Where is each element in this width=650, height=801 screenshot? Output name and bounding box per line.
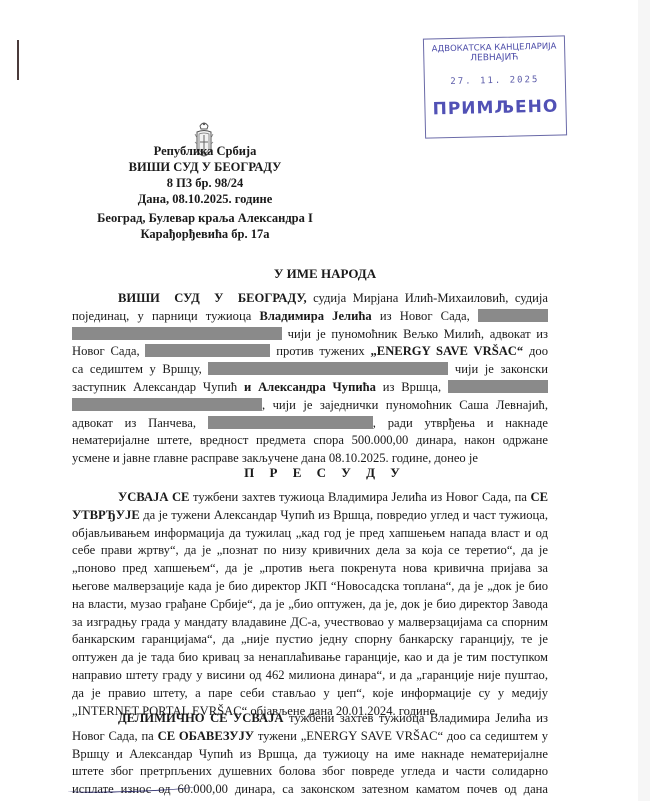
verdict-paragraph-1: УСВАЈА СЕ тужбени захтев тужиоца Владими…	[72, 489, 548, 720]
page-edge	[638, 0, 650, 801]
redacted-block	[478, 309, 548, 322]
defendant-company: „ENERGY SAVE VRŠAC“	[371, 344, 524, 358]
text: на власти, музао грађане Србије“, да је …	[72, 596, 548, 614]
text: заступник Александар Чупић	[72, 380, 237, 394]
redacted-block	[72, 398, 262, 411]
ruling-bold: СЕ	[531, 490, 549, 504]
text: да је правио штету, а паре себи стављао …	[72, 685, 548, 703]
text: оптужен да је тада био кривац за ненапла…	[72, 649, 548, 667]
document-date: Дана, 08.10.2025. године	[60, 191, 350, 207]
court-header: Република Србија ВИШИ СУД У БЕОГРАДУ 8 П…	[60, 143, 350, 242]
heading-in-the-name-of-people: У ИМЕ НАРОДА	[0, 266, 650, 282]
text: адвокат из Панчева,	[72, 416, 196, 430]
text: „поново пред хапшењем“, да је „против ње…	[72, 560, 548, 578]
heading-verdict: П Р Е С У Д У	[0, 465, 650, 481]
intro-paragraph: ВИШИ СУД У БЕОГРАДУ, судија Мирјана Илић…	[72, 290, 548, 468]
redacted-block	[208, 416, 373, 429]
text: појединац, у парници тужиоца	[72, 309, 251, 323]
court-address-line2: Карађорђевића бр. 17а	[60, 226, 350, 242]
text: банкарским гаранцијама“, да „није пустио…	[72, 631, 548, 649]
redacted-block	[208, 362, 448, 375]
republic-name: Република Србија	[60, 143, 350, 159]
judge-text: судија Мирјана Илић-Михаиловић, судија	[313, 291, 548, 305]
stamp-status: ПРИМЉЕНО	[425, 96, 565, 119]
court-name-bold: ВИШИ СУД У БЕОГРАДУ,	[118, 291, 307, 305]
text: Новог Сада, па	[72, 729, 154, 743]
text: чији је пуномоћник Вељко Милић, адвокат …	[288, 327, 548, 341]
text: његове малверзације када је био директор…	[72, 578, 548, 596]
text: са седиштем у Вршцу,	[72, 362, 202, 376]
stamp-date: 27. 11. 2025	[425, 74, 565, 87]
text: Новог Сада,	[72, 344, 140, 358]
redacted-block	[448, 380, 548, 393]
text: чији је законски	[455, 362, 548, 376]
defendant-name: и Александра Чупића	[244, 380, 376, 394]
court-name: ВИШИ СУД У БЕОГРАДУ	[60, 159, 350, 175]
text: доо	[529, 344, 548, 358]
margin-mark	[17, 40, 19, 80]
text: себе прави жртву“, да је „познат по низу…	[72, 542, 548, 560]
received-stamp: АДВОКАТСКА КАНЦЕЛАРИЈА ЛЕВНАЈИЋ 27. 11. …	[423, 35, 567, 138]
text: за изградњу града у мандату владавине ДС…	[72, 614, 548, 632]
text: објављивањем информација да тужилац „кад…	[72, 525, 548, 543]
ruling-bold: УТВРЂУЈЕ	[72, 508, 140, 522]
text: , ради утврђења и накнаде	[373, 416, 548, 430]
redacted-block	[72, 327, 282, 340]
text: из Новог Сада,	[380, 309, 470, 323]
court-address-line1: Београд, Булевар краља Александра I	[60, 210, 350, 226]
text: тужбени захтев тужиоца Владимира Јелића …	[193, 490, 527, 504]
case-number: 8 П3 бр. 98/24	[60, 175, 350, 191]
text: направио штету граду у висини од 462 мил…	[72, 667, 548, 685]
ruling-bold: ДЕЛИМИЧНО СЕ УСВАЈА	[118, 711, 284, 725]
text: Вршцу и Александар Чупић из Вршца, да ту…	[72, 746, 548, 764]
text: штете због претрпљених душевних болова з…	[72, 763, 548, 781]
text: тужени „ENERGY SAVE VRŠAC“ доо са седишт…	[258, 729, 548, 743]
text: против тужених	[276, 344, 365, 358]
text: да је тужени Александар Чупић из Вршца, …	[143, 508, 548, 522]
text: тужбени захтев тужиоца Владимира Јелића …	[289, 711, 548, 725]
redacted-block	[145, 344, 270, 357]
ruling-bold: УСВАЈА СЕ	[118, 490, 189, 504]
ruling-bold: СЕ ОБАВЕЗУЈУ	[158, 729, 254, 743]
plaintiff-name: Владимира Јелића	[259, 309, 371, 323]
text: , чији је заједнички пуномоћник Саша Лев…	[262, 398, 548, 412]
text: нематеријалне штете, вредност предмета с…	[72, 432, 548, 450]
text: из Вршца,	[383, 380, 441, 394]
